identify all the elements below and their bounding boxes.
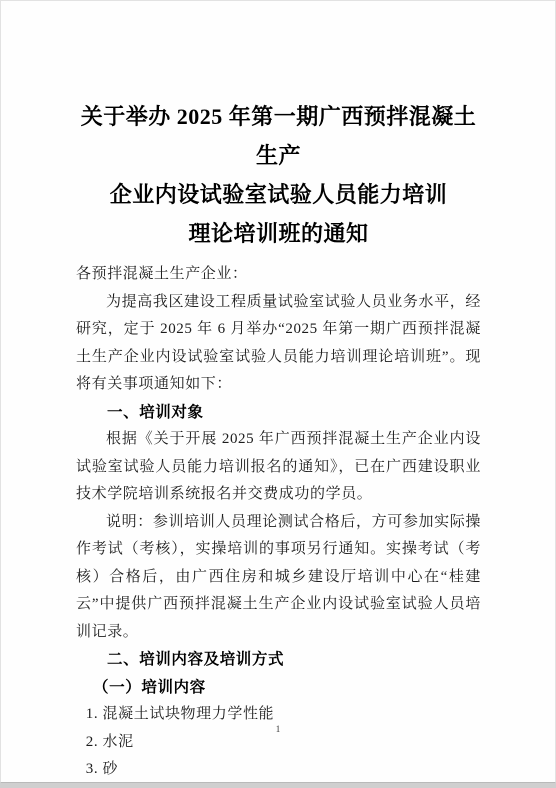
section-2-sub-heading: （一）培训内容 [93, 674, 481, 702]
section-1-heading: 一、培训对象 [107, 399, 481, 427]
document-page: 关于举办 2025 年第一期广西预拌混凝土生产 企业内设试验室试验人员能力培训 … [0, 0, 556, 783]
salutation: 各预拌混凝土生产企业： [76, 261, 481, 289]
notice-title: 关于举办 2025 年第一期广西预拌混凝土生产 企业内设试验室试验人员能力培训 … [76, 97, 481, 253]
section-1-paragraph: 根据《关于开展 2025 年广西预拌混凝土生产企业内设试验室试验人员能力培训报名… [76, 426, 481, 509]
notice-title-line-2: 企业内设试验室试验人员能力培训 [76, 175, 481, 214]
section-1-note: 说明：参训培训人员理论测试合格后，方可参加实际操作考试（考核），实操培训的事项另… [76, 509, 481, 647]
intro-paragraph: 为提高我区建设工程质量试验室试验人员业务水平，经研究，定于 2025 年 6 月… [76, 289, 481, 399]
notice-body: 各预拌混凝土生产企业： 为提高我区建设工程质量试验室试验人员业务水平，经研究，定… [76, 261, 481, 784]
training-content-item-3: 3. 砂 [86, 756, 481, 784]
section-2-heading: 二、培训内容及培训方式 [107, 646, 481, 674]
document-viewer: 关于举办 2025 年第一期广西预拌混凝土生产 企业内设试验室试验人员能力培训 … [0, 0, 556, 788]
notice-title-line-1: 关于举办 2025 年第一期广西预拌混凝土生产 [76, 97, 481, 175]
notice-title-line-3: 理论培训班的通知 [76, 214, 481, 253]
viewer-background-strip [0, 783, 556, 788]
page-number: 1 [1, 724, 555, 734]
